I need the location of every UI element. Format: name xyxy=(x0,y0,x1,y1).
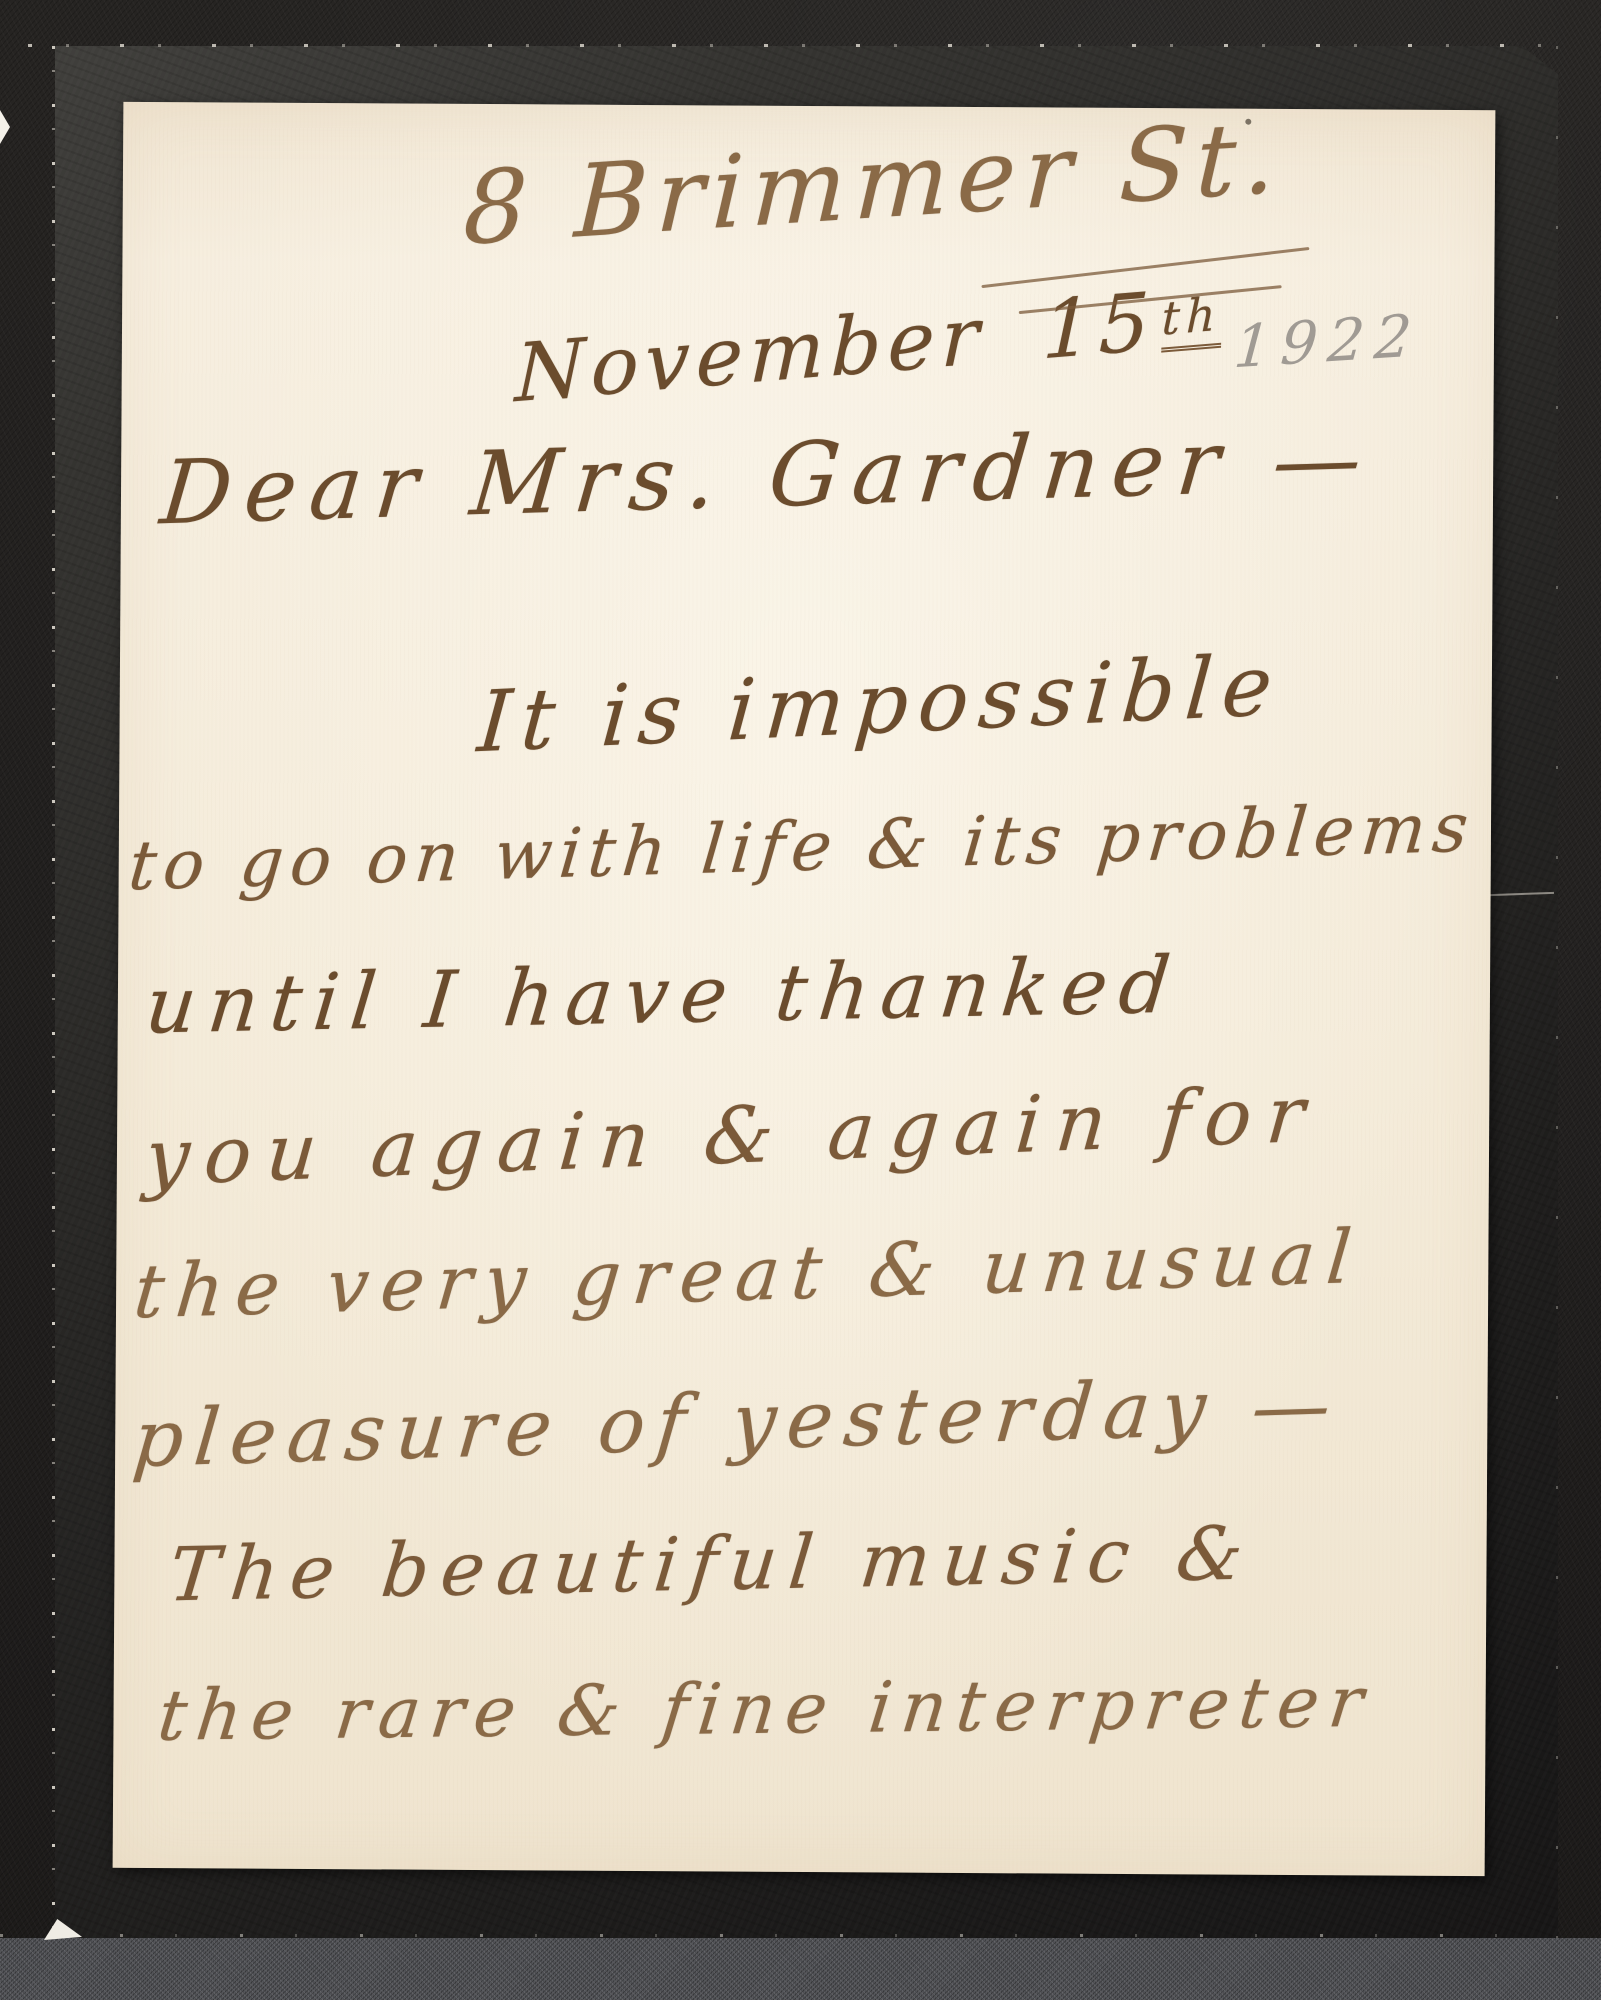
table-surface xyxy=(0,1938,1601,2000)
torn-edge-bottom xyxy=(0,1934,1558,1937)
torn-edge-left xyxy=(52,46,55,1938)
body-line-8: the rare & fine interpreter xyxy=(154,1661,1377,1757)
date-day: 15 xyxy=(1041,275,1157,378)
letter-page: 8 Brimmer St. November 15th 1922 Dear Mr… xyxy=(113,102,1496,1876)
torn-edge-top xyxy=(28,44,1552,47)
scanned-letter-photograph: 8 Brimmer St. November 15th 1922 Dear Mr… xyxy=(0,0,1601,2000)
mount-right-edge xyxy=(1556,46,1558,1938)
pencil-year-annotation: 1922 xyxy=(1232,301,1424,381)
